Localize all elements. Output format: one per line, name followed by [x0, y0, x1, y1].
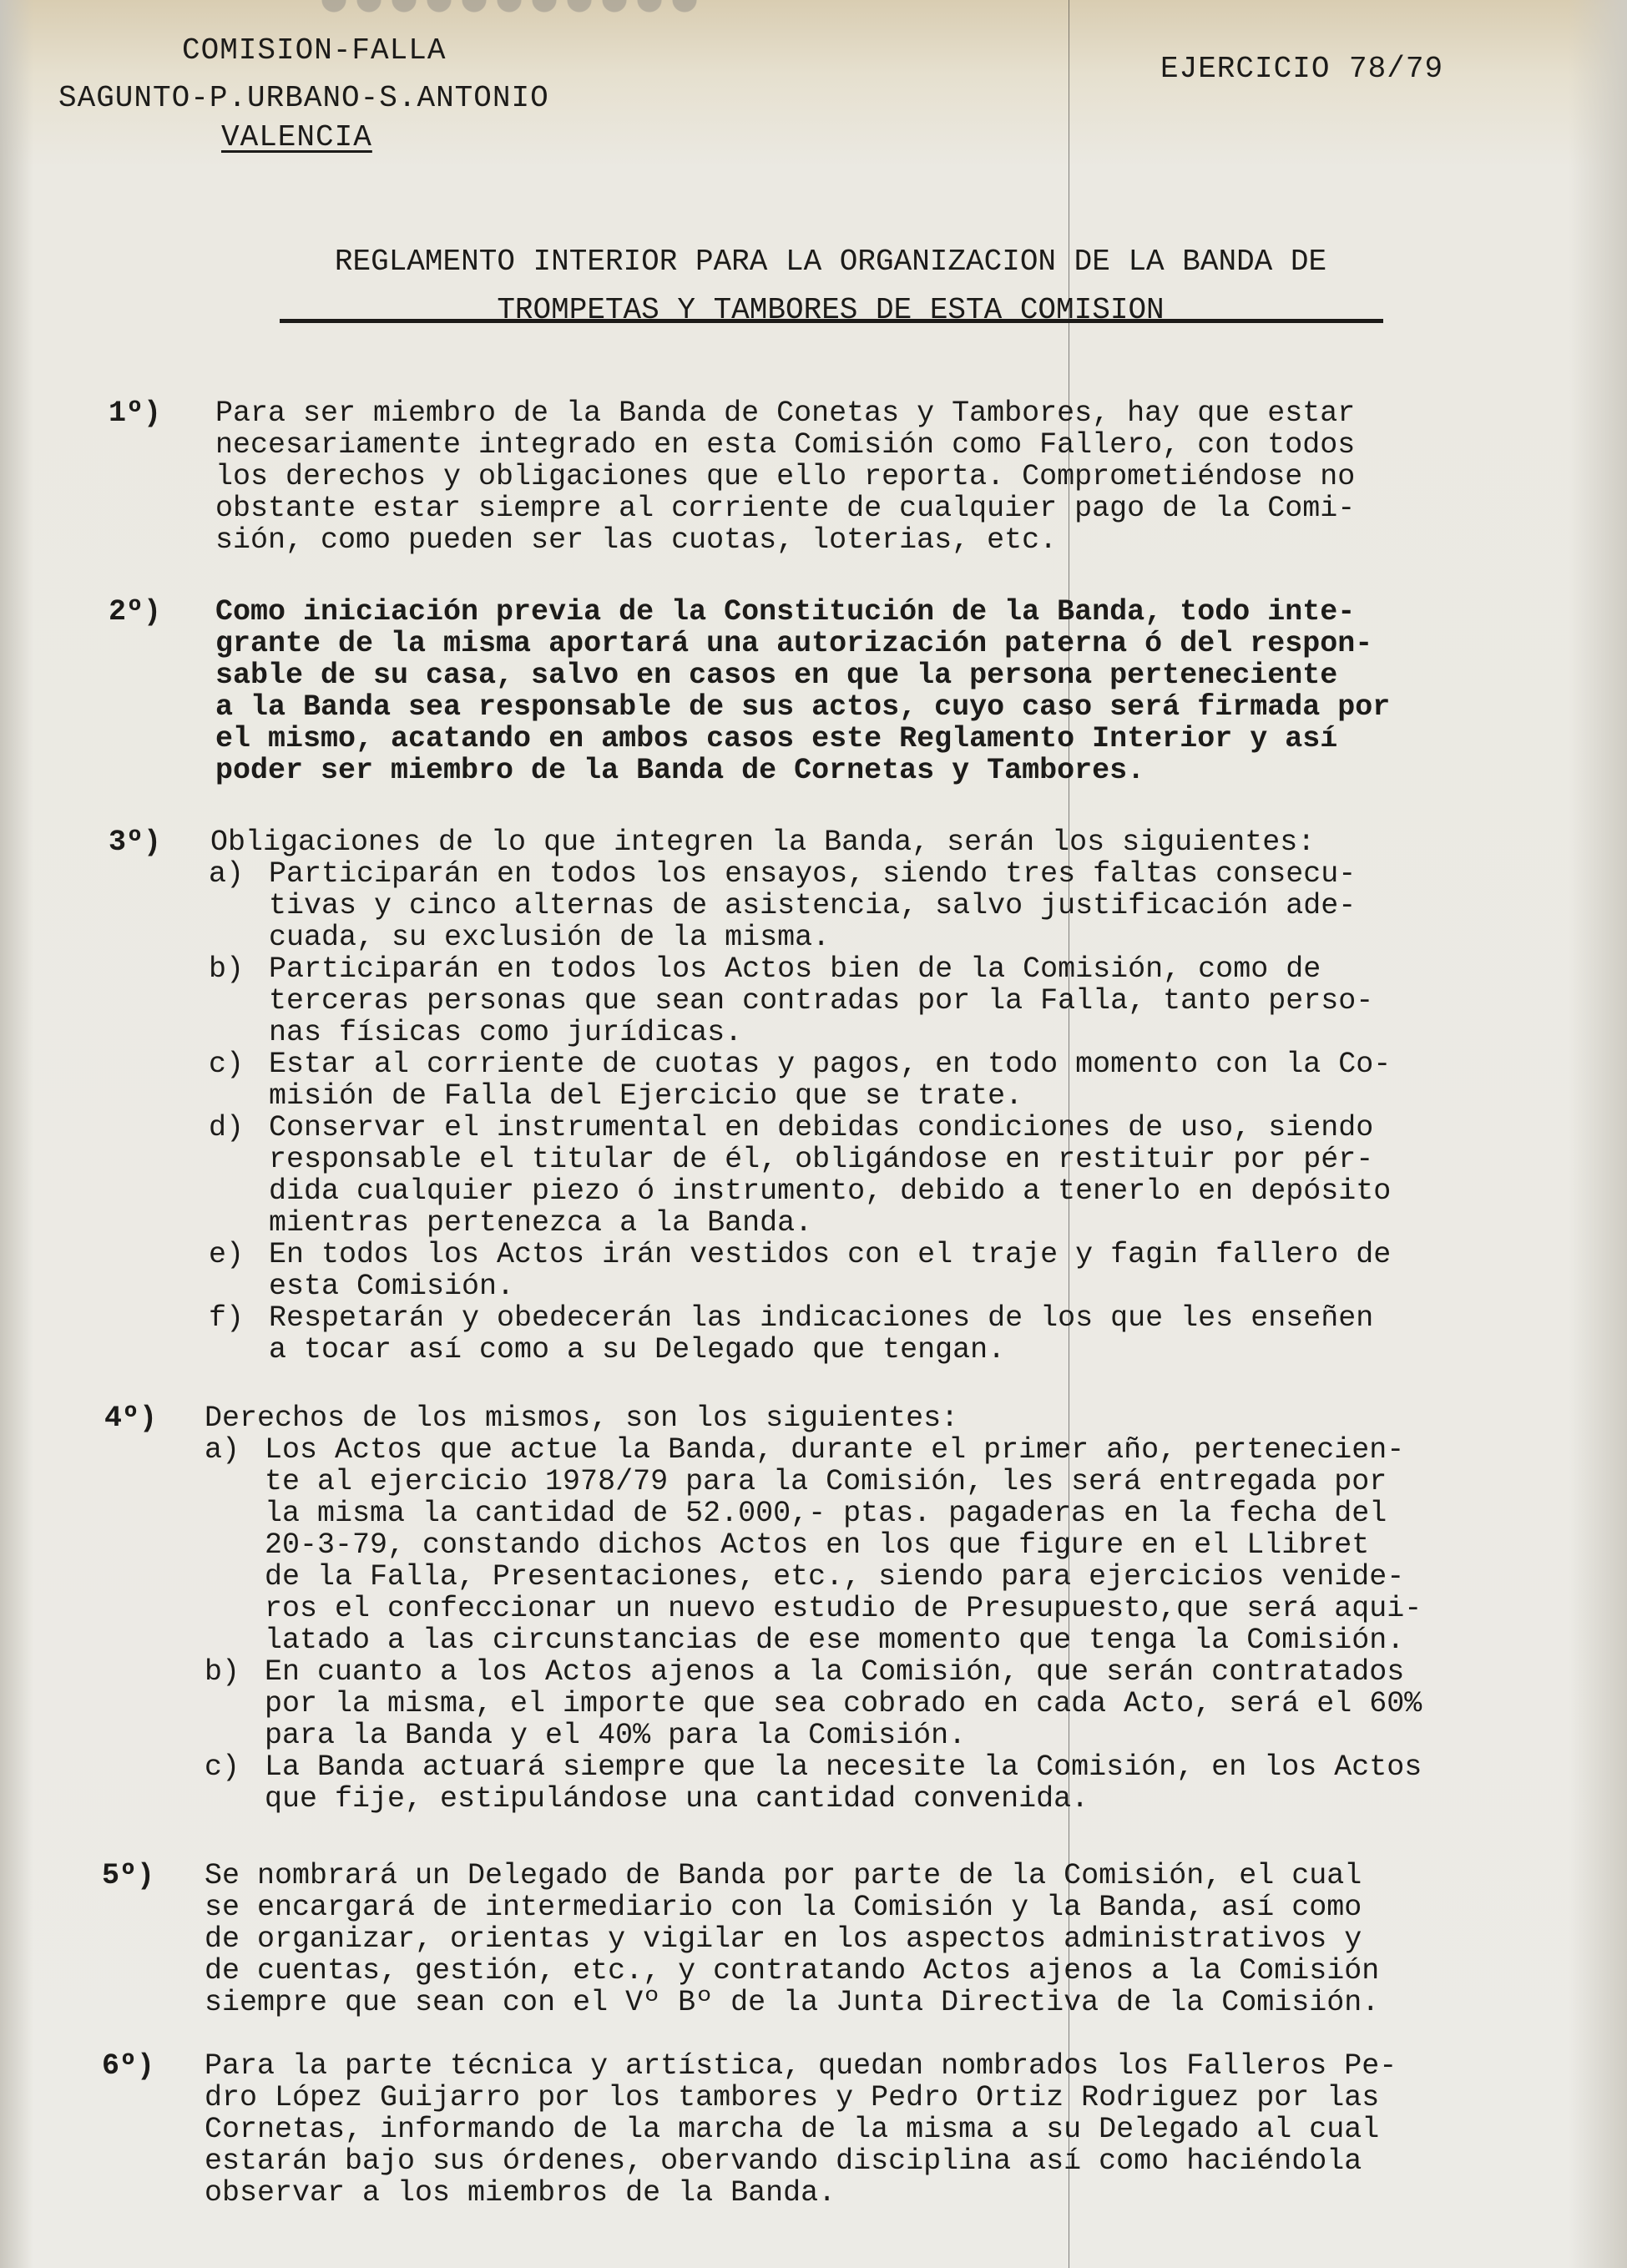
typewritten-document-page: COMISION-FALLA SAGUNTO-P.URBANO-S.ANTONI… — [0, 0, 1627, 2268]
torn-top-edge — [317, 0, 701, 22]
section-number: 4º) — [104, 1402, 157, 1434]
item-letter: b) — [209, 953, 244, 985]
section-text: Como iniciación previa de la Constitució… — [215, 596, 1551, 786]
title-line-1: REGLAMENTO INTERIOR PARA LA ORGANIZACION… — [335, 245, 1326, 279]
item-text: Estar al corriente de cuotas y pagos, en… — [269, 1048, 1391, 1112]
item-letter: a) — [209, 858, 244, 890]
org-city: VALENCIA — [221, 120, 372, 154]
section-intro: Derechos de los mismos, son los siguient… — [205, 1402, 1540, 1434]
section-number: 2º) — [109, 596, 161, 628]
org-name-line-1: COMISION-FALLA — [182, 33, 446, 68]
item-text: Participarán en todos los ensayos, siend… — [269, 858, 1356, 953]
item-text: En todos los Actos irán vestidos con el … — [269, 1239, 1391, 1302]
section-number: 3º) — [109, 826, 161, 858]
item-letter: c) — [209, 1048, 244, 1080]
section-text: Para ser miembro de la Banda de Conetas … — [215, 397, 1551, 556]
section-text: Se nombrará un Delegado de Banda por par… — [205, 1860, 1540, 2018]
item-letter: d) — [209, 1112, 244, 1144]
item-letter: f) — [209, 1302, 244, 1334]
item-text: Los Actos que actue la Banda, durante el… — [265, 1434, 1422, 1656]
item-text: La Banda actuará siempre que la necesite… — [265, 1751, 1422, 1815]
item-text: Conservar el instrumental en debidas con… — [269, 1112, 1391, 1239]
section-number: 5º) — [102, 1860, 154, 1892]
section-intro: Obligaciones de lo que integren la Banda… — [210, 826, 1546, 858]
section-text: Para la parte técnica y artística, queda… — [205, 2050, 1540, 2209]
org-name-line-2: SAGUNTO-P.URBANO-S.ANTONIO — [58, 81, 549, 115]
item-letter: b) — [205, 1656, 240, 1688]
item-text: Participarán en todos los Actos bien de … — [269, 953, 1373, 1048]
item-letter: c) — [205, 1751, 240, 1783]
section-number: 6º) — [102, 2050, 154, 2082]
item-letter: a) — [205, 1434, 240, 1466]
item-text: Respetarán y obedecerán las indicaciones… — [269, 1302, 1373, 1366]
section-number: 1º) — [109, 397, 161, 429]
fiscal-year-label: EJERCICIO 78/79 — [1160, 52, 1443, 86]
title-underline — [280, 319, 1383, 323]
item-text: En cuanto a los Actos ajenos a la Comisi… — [265, 1656, 1422, 1751]
item-letter: e) — [209, 1239, 244, 1270]
